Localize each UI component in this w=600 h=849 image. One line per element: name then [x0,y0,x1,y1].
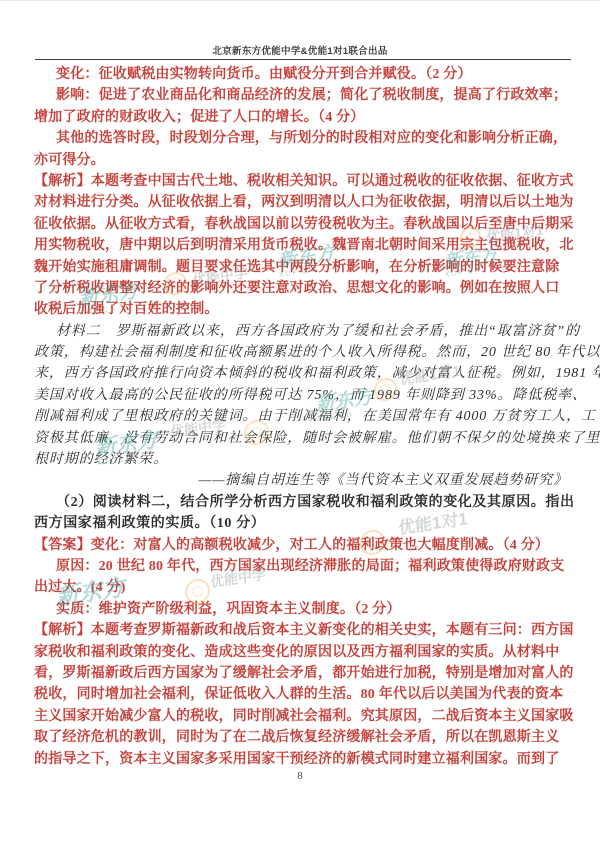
text-line: 用实物税收，唐中期以后到明清采用货币税收。魏晋南北朝时间采用宗主包揽税收，北 [34,235,574,256]
text-line: 取了经济危机的教训，同时为了在二战后恢复经济缓解社会矛盾，所以在凯恩斯主义 [34,727,574,748]
text-line: 征收依据。从征收方式看，春秋战国以前以劳役税收为主。春秋战国以后至唐中后期采 [34,214,574,235]
text-line: 变化：征收赋税由实物转向货币。由赋役分开到合并赋役。（2 分） [34,64,574,85]
document-body: 变化：征收赋税由实物转向货币。由赋役分开到合并赋役。（2 分）影响：促进了农业商… [34,64,574,770]
text-line: （2）阅读材料二，结合所学分析西方国家税收和福利政策的变化及其原因。指出 [34,492,574,513]
text-line: 实质：维护资产阶级利益，巩固资本主义制度。（2 分） [34,599,574,620]
text-line: 政策，构建社会福利制度和征收高额累进的个人收入所得税。然而，20 世纪 80 年… [34,342,574,363]
text-line: 税收，同时增加社会福利，保证低收入人群的生活。80 年代以后以美国为代表的资本 [34,684,574,705]
text-line: 美国对收入最高的公民征收的所得税可达 75%，而 1989 年则降到 33%。降… [34,385,574,406]
text-line: 的指导之下，资本主义国家多采用国家干预经济的新模式同时建立福利国家。而到了 [34,749,574,770]
text-line: 收税后加强了对百姓的控制。 [34,299,574,320]
text-line: 其他的选答时段，时段划分合理，与所划分的时段相对应的变化和影响分析正确， [34,128,574,149]
text-line: 了分析税收调整对经济的影响外还要注意对政治、思想文化的影响。例如在按照人口 [34,278,574,299]
text-line: 魏开始实施租庸调制。题目要求任选其中两段分析影响，在分析影响的时候要注意除 [34,257,574,278]
text-line: 亦可得分。 [34,150,574,171]
page-header: 北京新东方优能中学&优能1对1联合出品 [0,43,600,57]
text-line: 看，罗斯福新政后西方国家为了缓解社会矛盾，都开始进行加税，特别是增加对富人的 [34,663,574,684]
text-line: 出过大。(4 分) [34,577,574,598]
text-line: 【解析】本题考查罗斯福新政和战后资本主义新变化的相关史实，本题有三问：西方国 [34,620,574,641]
text-line: 材料二 罗斯福新政以来，西方各国政府为了缓和社会矛盾，推出“取富济贫”的 [34,321,574,342]
text-line: 来，西方各国政府推行向资本倾斜的税收和福利政策，减少对富人征税。例如，1981 … [34,363,574,384]
header-title: 北京新东方优能中学&优能1对1联合出品 [212,46,387,57]
page-footer: 8 [0,770,600,782]
page-number: 8 [297,770,303,782]
text-line: 【解析】本题考查中国古代土地、税收相关知识。可以通过税收的征收依据、征收方式 [34,171,574,192]
text-line: 削减福利成了里根政府的关键词。由于削减福利，在美国常年有 4000 万贫穷工人，… [34,406,574,427]
text-line: 原因：20 世纪 80 年代，西方国家出现经济滞胀的局面；福利政策使得政府财政支 [34,556,574,577]
text-line: 西方国家福利政策的实质。（10 分） [34,513,574,534]
text-line: 资极其低廉，没有劳动合同和社会保险，随时会被解雇。他们朝不保夕的处境换来了里 [34,428,574,449]
text-line: ——摘编自胡连生等《当代资本主义双重发展趋势研究》 [34,470,574,491]
text-line: 根时期的经济繁荣。 [34,449,574,470]
text-line: 对材料进行分类。从征收依据上看，两汉到明清以人口为征收依据，明清以后以土地为 [34,192,574,213]
text-line: 增加了政府的财政收入；促进了人口的增长。（4 分） [34,107,574,128]
header-divider [35,59,571,60]
document-page: 北京新东方优能中学&优能1对1联合出品 变化：征收赋税由实物转向货币。由赋役分开… [0,0,600,849]
text-line: 家税收和福利政策的变化、造成这些变化的原因以及西方福利国家的实质。从材料中 [34,642,574,663]
text-line: 【答案】变化：对富人的高额税收减少，对工人的福利政策也大幅度削减。（4 分） [34,535,574,556]
text-line: 影响：促进了农业商品化和商品经济的发展；简化了税收制度，提高了行政效率； [34,85,574,106]
text-line: 主义国家开始减少富人的税收，同时削减社会福利。究其原因，二战后资本主义国家吸 [34,706,574,727]
